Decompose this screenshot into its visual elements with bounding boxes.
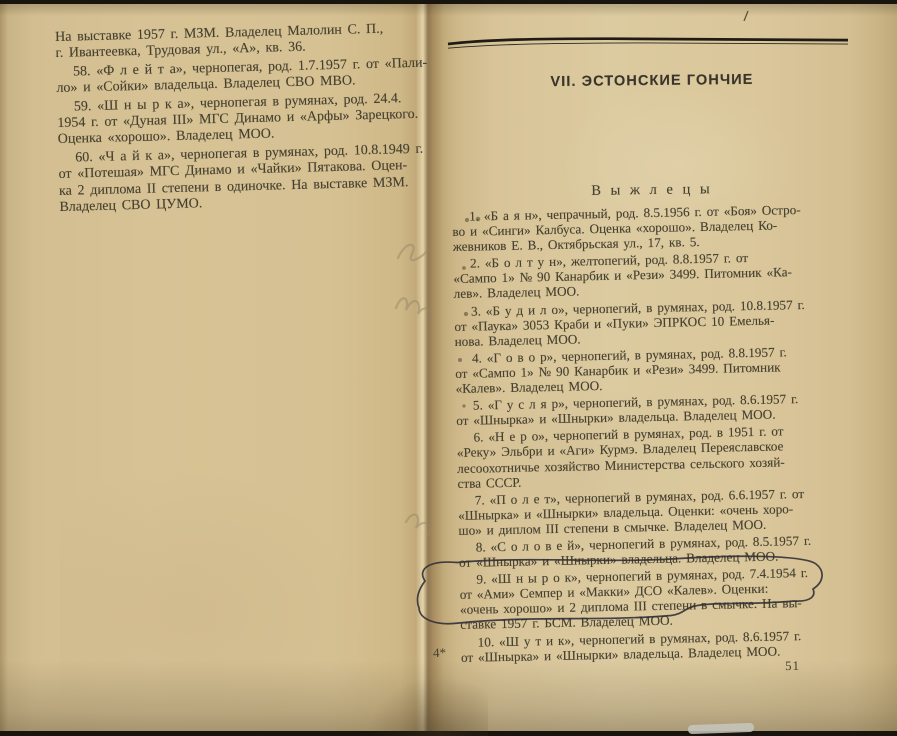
chapter-header-rule: [446, 37, 850, 51]
paper-stain: [60, 470, 360, 710]
section-heading: В ы ж л е ц ы: [452, 179, 852, 202]
gutter-bottom-shadow: [368, 676, 488, 736]
page-number: 51: [785, 658, 800, 674]
pen-tick-mark: [742, 10, 750, 22]
dog-entry-1: 1. «Б а я н», чепрачный, род. 8.5.1956 г…: [452, 201, 865, 255]
dog-entry-7: 7. «П о л е т», чернопегий в румянах, ро…: [458, 484, 871, 538]
signature-mark: 4*: [433, 645, 446, 661]
pen-circle-annotation: [407, 551, 831, 635]
scan-top-border: [0, 0, 897, 4]
dog-entry-2: 2. «Б о л т у н», желтопегий, род. 8.8.1…: [453, 248, 866, 302]
dog-entry-3: 3. «Б у д и л о», чернопегий, в румянах,…: [454, 295, 867, 349]
book-scan-spread: На выставке 1957 г. МЗМ. Владелец Малоли…: [0, 0, 897, 736]
left-page-text: На выставке 1957 г. МЗМ. Владелец Малоли…: [55, 20, 438, 218]
chapter-heading: VII. ЭСТОНСКИЕ ГОНЧИЕ: [452, 71, 852, 91]
dog-entry-6: 6. «Н е р о», чернопегий в румянах, род.…: [456, 422, 869, 491]
dog-entry-60: 60. «Ч а й к а», чернопегая в румянах, р…: [58, 141, 438, 216]
ink-dot-marks: [450, 210, 490, 420]
scan-bottom-border: [0, 731, 897, 736]
dog-entry-59: 59. «Ш н ы р к а», чернопегая в румянах,…: [57, 90, 436, 149]
dog-entry-4: 4. «Г о в о р», чернопегий, в румянах, р…: [455, 343, 868, 397]
pencil-scribble-marks: [392, 228, 452, 548]
